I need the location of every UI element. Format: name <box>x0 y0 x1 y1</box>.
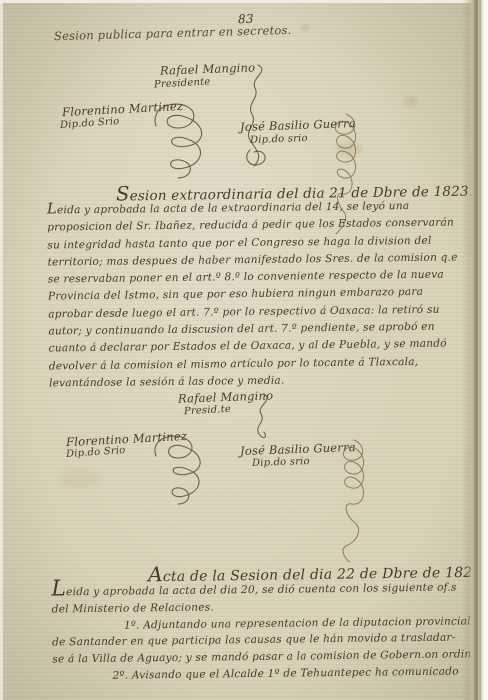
acta-body: Leida y aprobada la acta del dia 20, se … <box>51 578 456 686</box>
rubric-flourish <box>336 438 374 568</box>
acta-body-line: 2º. Avisando que el Alcalde 1º de Tehuan… <box>52 664 456 686</box>
paper-stain <box>336 142 362 156</box>
signature-president-title-top: Presidente <box>154 77 211 91</box>
signature-secretary-left-top: Florentino Martinez <box>62 99 184 119</box>
signature-secretary-left-bottom: Florentino Martinez <box>66 429 188 449</box>
paper-stain <box>60 470 100 488</box>
rubric-flourish <box>240 62 274 172</box>
signature-president-top: Rafael Mangino <box>160 60 256 77</box>
scan-edge-top <box>0 0 488 3</box>
paper-stain <box>404 96 418 106</box>
session-body: Leida y aprobada la acta de la extraordi… <box>47 196 453 393</box>
book-binding-edge <box>462 0 488 700</box>
signature-secretary-right-bottom: José Basilio Guerra <box>240 440 356 458</box>
paper-stain <box>300 24 310 32</box>
signature-secretary-right-title-top: Dip.do srio <box>250 133 308 146</box>
signature-president-title-bottom: Presid.te <box>184 404 232 417</box>
signature-secretary-right-top: José Basilio Guerra <box>240 116 356 134</box>
scan-edge-left <box>0 0 3 700</box>
header-note: Sesion publica para entrar en secretos. <box>54 23 292 43</box>
signature-secretary-right-title-bottom: Dip.do srio <box>252 456 310 469</box>
manuscript-page-scan: 83 Sesion publica para entrar en secreto… <box>0 0 488 700</box>
